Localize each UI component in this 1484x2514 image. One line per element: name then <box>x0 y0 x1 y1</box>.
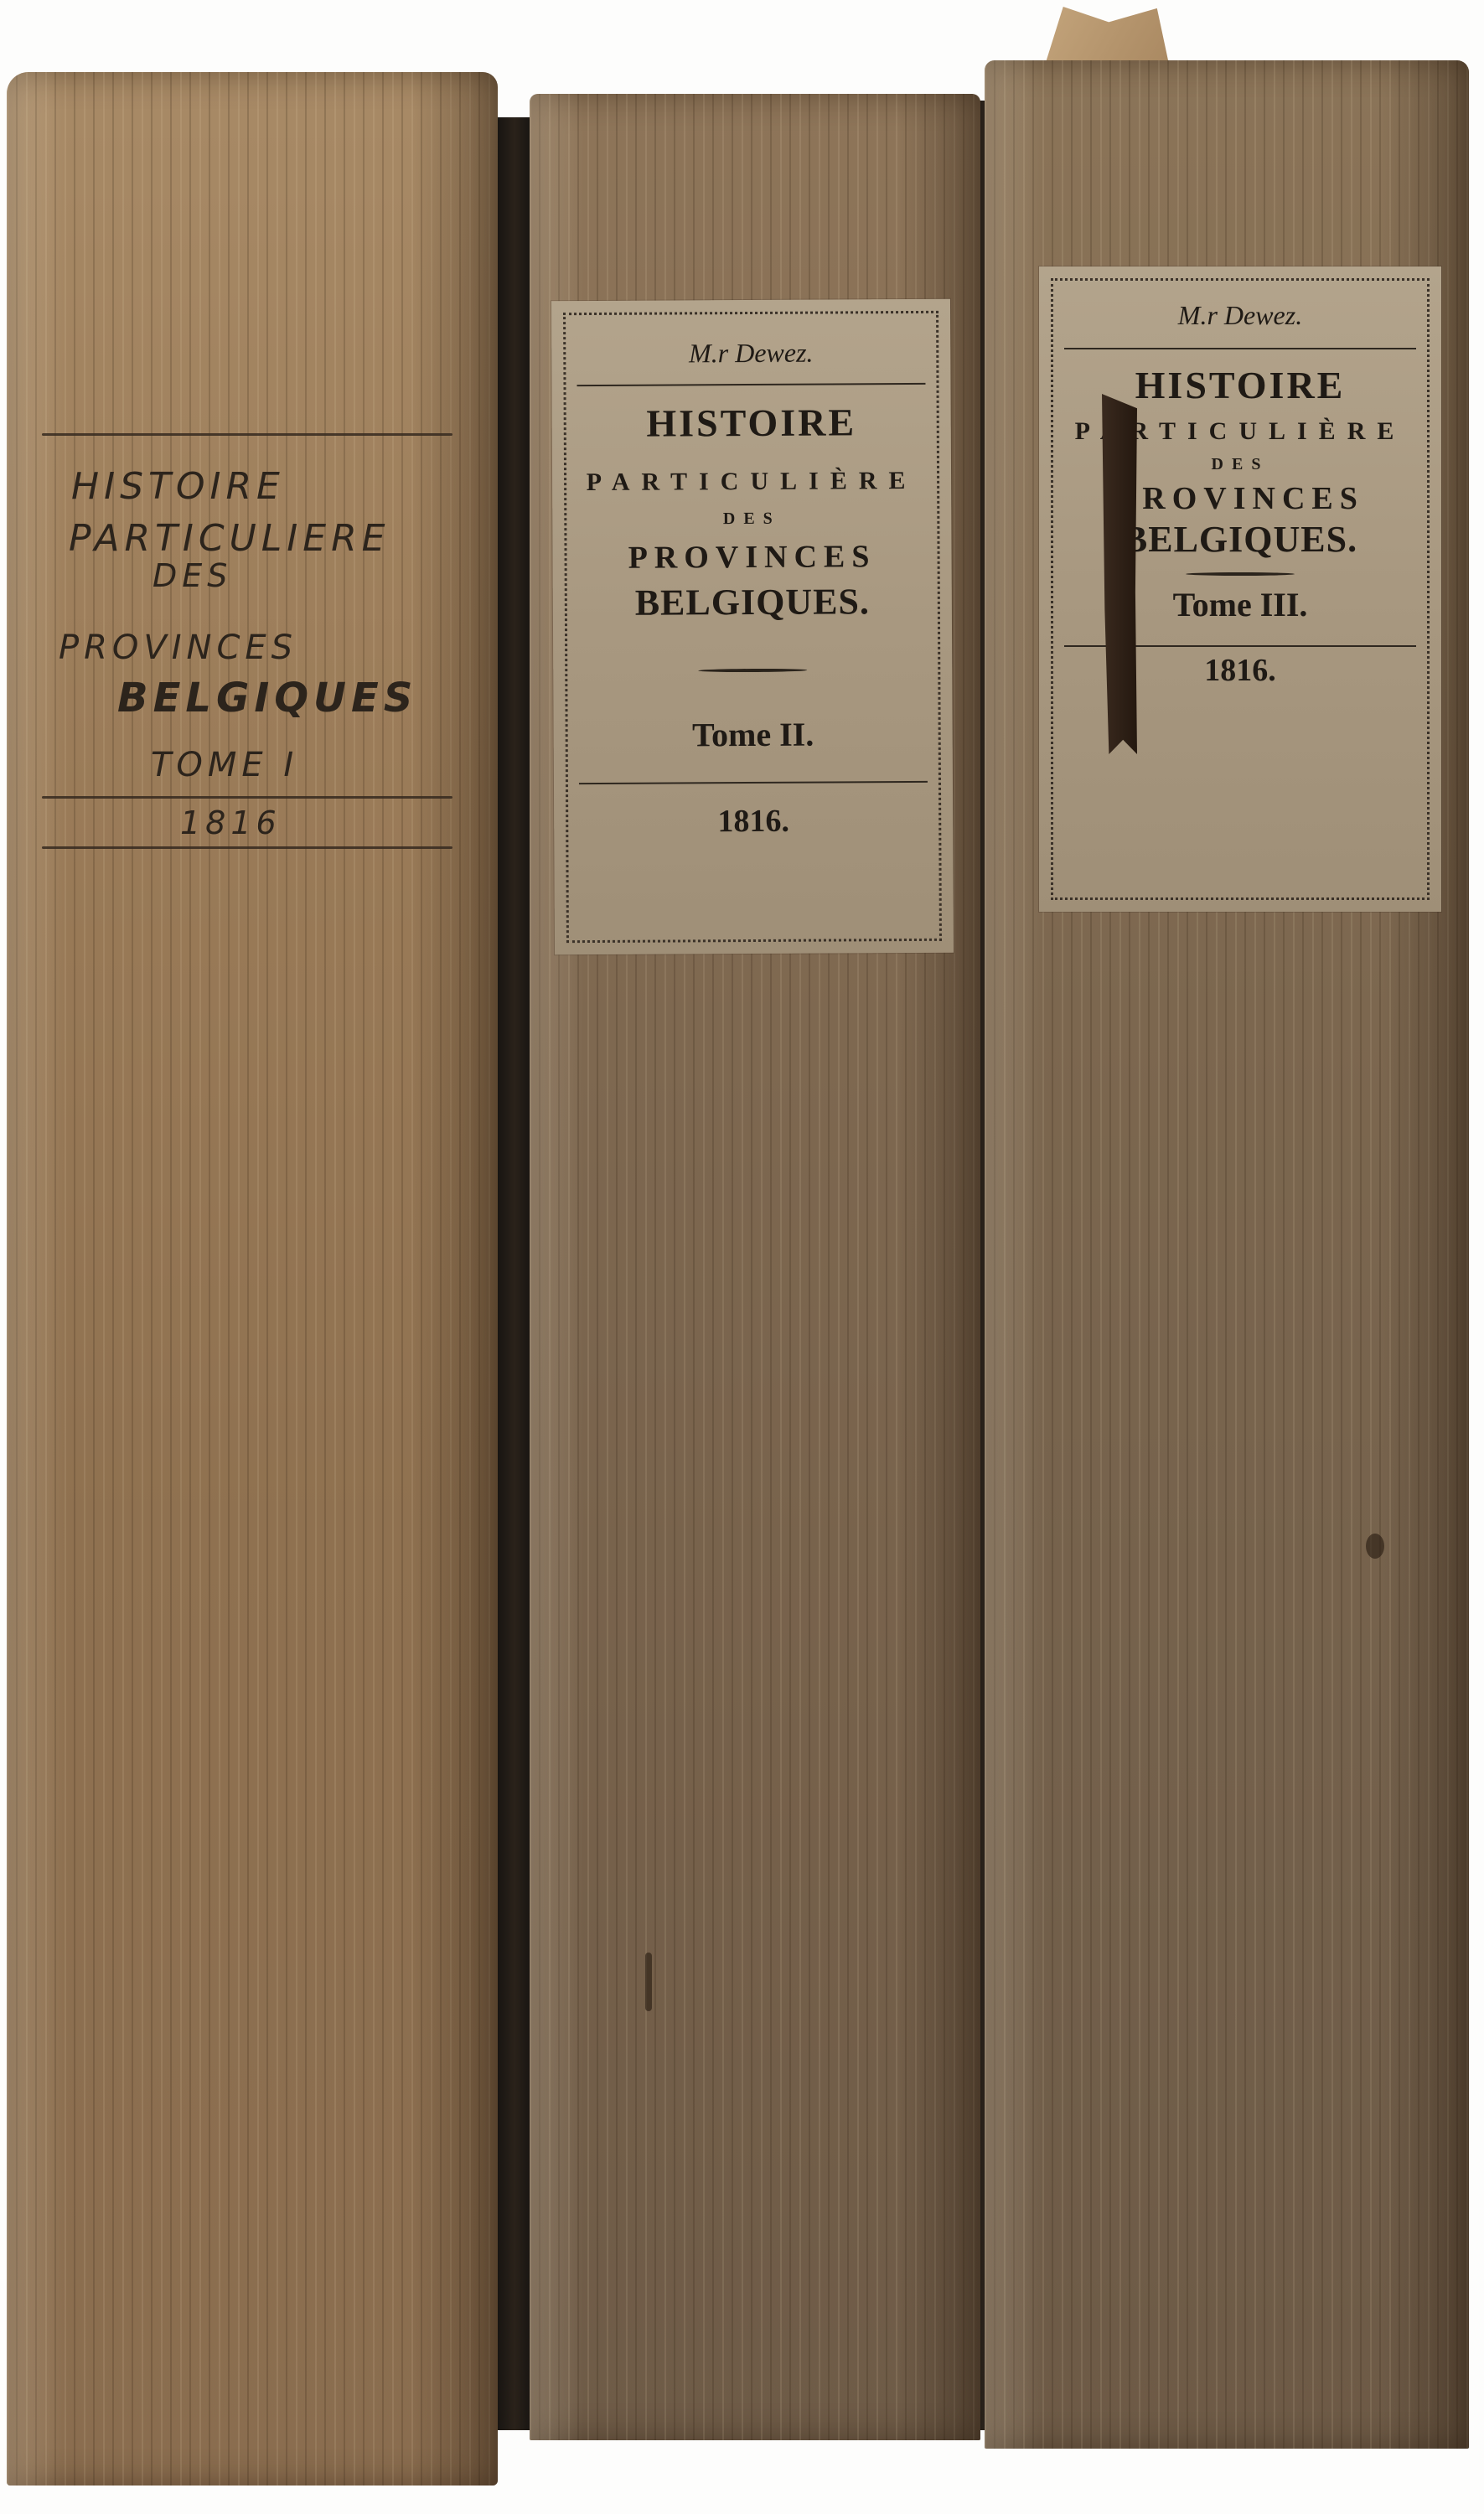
printed-spine-label: M.r Dewez. HISTOIRE PARTICULIÈRE DES PRO… <box>551 299 954 954</box>
wormhole-damage <box>1366 1534 1384 1559</box>
label-title-line: PARTICULIÈRE <box>1039 417 1441 446</box>
label-tome: TOME I <box>151 746 298 784</box>
label-title-line: HISTOIRE <box>552 400 951 446</box>
label-title-line: PROVINCES <box>59 628 297 667</box>
label-rule <box>42 846 452 849</box>
label-title-line: PARTICULIERE <box>69 517 390 560</box>
label-title-line: BELGIQUES. <box>1039 518 1441 561</box>
wormhole-damage <box>645 1953 652 2011</box>
book-spines-photo: HISTOIRE PARTICULIERE DES PROVINCES BELG… <box>0 0 1484 2514</box>
label-title-line: DES <box>552 509 951 530</box>
label-year: 1816. <box>1039 652 1441 689</box>
handwritten-spine-label: HISTOIRE PARTICULIERE DES PROVINCES BELG… <box>34 423 452 888</box>
label-title-line: PROVINCES <box>1039 480 1441 517</box>
label-title-line: PROVINCES <box>552 538 951 577</box>
label-tome: Tome III. <box>1039 585 1441 624</box>
label-rule <box>42 433 452 436</box>
label-title-line: HISTOIRE <box>71 465 285 508</box>
label-tome: Tome II. <box>554 714 953 755</box>
label-title-line: HISTOIRE <box>1039 363 1441 407</box>
label-year: 1816. <box>554 802 953 841</box>
label-title-line: BELGIQUES. <box>553 580 952 624</box>
label-rule <box>42 796 452 799</box>
label-author: M.r Dewez. <box>551 337 950 370</box>
label-ornament-dash <box>1186 572 1295 576</box>
label-title-line: BELGIQUES <box>117 675 417 722</box>
shadow-gap-1 <box>494 117 535 2430</box>
label-author: M.r Dewez. <box>1039 300 1441 331</box>
label-title-line: DES <box>153 557 232 594</box>
label-rule <box>1064 348 1416 349</box>
label-title-line: PARTICULIÈRE <box>552 467 951 497</box>
label-title-line: DES <box>1039 455 1441 474</box>
printed-spine-label: M.r Dewez. HISTOIRE PARTICULIÈRE DES PRO… <box>1039 266 1441 912</box>
label-year: 1816 <box>180 804 282 841</box>
